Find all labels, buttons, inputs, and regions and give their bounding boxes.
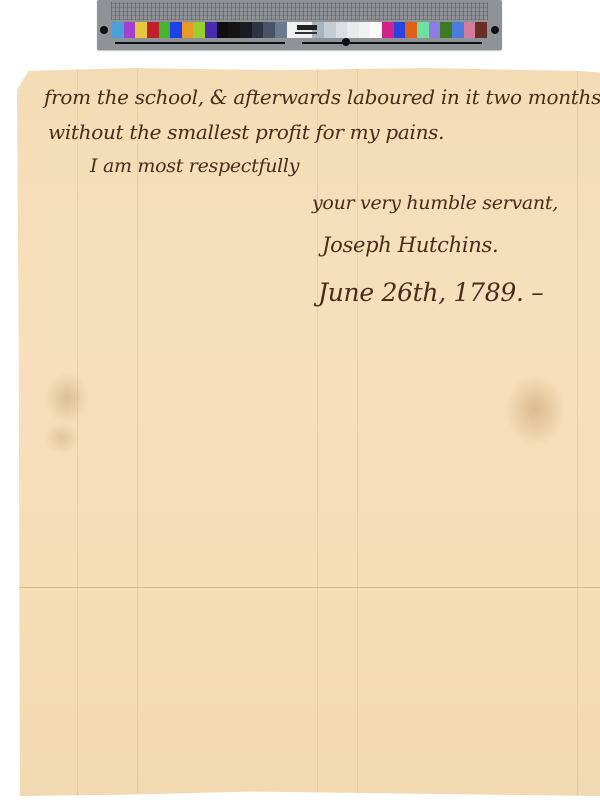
letter-date: June 26th, 1789. – <box>318 278 543 307</box>
color-swatch <box>475 22 487 38</box>
color-swatch <box>452 22 464 38</box>
closing-phrase: I am most respectfully <box>90 155 299 177</box>
color-swatch <box>112 22 124 38</box>
color-swatch <box>405 22 417 38</box>
color-swatch <box>394 22 406 38</box>
letter-page <box>17 68 600 796</box>
color-swatch-row <box>112 22 487 38</box>
color-swatch <box>217 22 229 38</box>
signature: Joseph Hutchins. <box>322 233 498 257</box>
fold-line <box>577 68 578 796</box>
color-swatch <box>228 22 240 38</box>
target-registration-dot-right <box>491 26 499 34</box>
color-calibration-target <box>97 0 502 50</box>
target-scale-markings <box>111 2 488 20</box>
target-registration-dot-left <box>100 26 108 34</box>
color-swatch <box>182 22 194 38</box>
color-swatch <box>347 22 359 38</box>
color-swatch <box>240 22 252 38</box>
color-swatch <box>205 22 217 38</box>
target-scale-bar <box>302 42 482 44</box>
fold-line <box>137 68 138 796</box>
color-swatch <box>170 22 182 38</box>
color-swatch <box>370 22 382 38</box>
color-swatch <box>124 22 136 38</box>
letter-line-2: without the smallest profit for my pains… <box>48 120 444 144</box>
color-swatch <box>193 22 205 38</box>
color-swatch <box>429 22 441 38</box>
target-scale-bar <box>115 42 285 44</box>
color-swatch <box>336 22 348 38</box>
color-swatch <box>263 22 275 38</box>
color-swatch <box>440 22 452 38</box>
fold-line <box>77 68 78 796</box>
color-swatch <box>275 22 287 38</box>
fold-line <box>317 68 318 796</box>
color-swatch <box>147 22 159 38</box>
color-swatch <box>135 22 147 38</box>
fold-line <box>357 68 358 796</box>
color-swatch <box>359 22 371 38</box>
target-label-card <box>287 22 313 38</box>
fold-line-horizontal <box>17 587 600 588</box>
color-swatch <box>464 22 476 38</box>
letter-line-1: from the school, & afterwards laboured i… <box>44 85 600 109</box>
color-swatch <box>417 22 429 38</box>
valediction: your very humble servant, <box>312 192 558 214</box>
color-swatch <box>324 22 336 38</box>
color-swatch <box>252 22 264 38</box>
color-swatch <box>159 22 171 38</box>
color-swatch <box>382 22 394 38</box>
